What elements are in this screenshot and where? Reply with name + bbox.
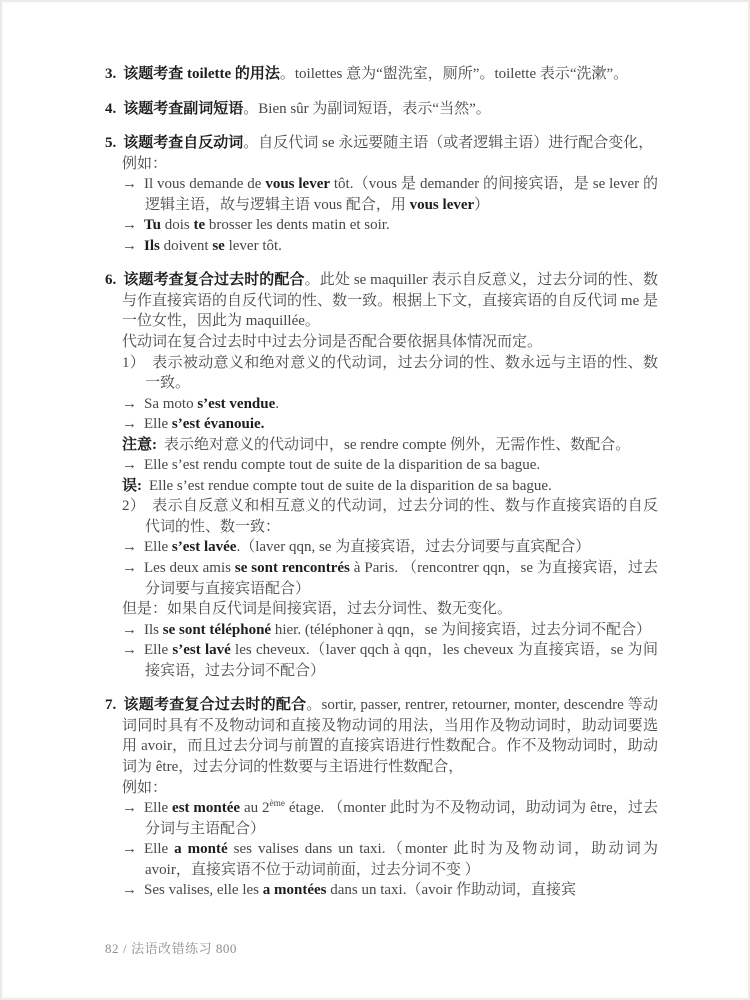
arrow-paragraph: →Elle s’est rendu compte tout de suite d… — [122, 455, 658, 476]
text-run: a montées — [263, 882, 327, 898]
text-run: Ils — [144, 238, 160, 254]
arrow-paragraph: →Elle est montée au 2ème étage. （monter … — [122, 798, 658, 839]
text-run: Ses valises, elle les — [144, 882, 263, 898]
arrow-icon: → — [122, 560, 137, 576]
page-footer: 82/法语改错练习 800 — [105, 940, 241, 958]
text-run: Elle — [144, 642, 172, 658]
arrow-paragraph: →Tu dois te brosser les dents matin et s… — [122, 215, 658, 236]
text-run: au 2 — [240, 800, 269, 816]
arrow-paragraph: →Elle a monté ses valises dans un taxi.（… — [122, 839, 658, 880]
arrow-icon: → — [122, 457, 137, 473]
explanation-item: 7.该题考查复合过去时的配合。sortir, passer, rentrer, … — [105, 695, 658, 900]
items-container: 3.该题考查 toilette 的用法。toilettes 意为“盥洗室，厕所”… — [105, 64, 658, 901]
explanation-item: 6.该题考查复合过去时的配合。此处 se maquiller 表示自反意义，过去… — [105, 270, 658, 681]
text-run: s’est évanouie. — [172, 416, 265, 432]
text-run: se — [212, 238, 225, 254]
paragraph: 代动词在复合过去时中过去分词是否配合要依据具体情况而定。 — [122, 332, 658, 353]
item-number: 3. — [105, 66, 116, 82]
text-run: te — [194, 217, 206, 233]
arrow-icon: → — [122, 642, 137, 658]
paragraph: 1）表示被动意义和绝对意义的代动词，过去分词的性、数永远与主语的性、数一致。 — [122, 353, 658, 394]
text-run: 。toilettes 意为“盥洗室，厕所”。toilette 表示“洗漱”。 — [280, 66, 628, 82]
text-run: 表示绝对意义的代动词中，se rendre compte 例外，无需作性、数配合… — [164, 437, 630, 453]
text-run: 例如： — [122, 780, 167, 796]
item-number: 5. — [105, 135, 116, 151]
list-marker: 1） — [122, 355, 145, 371]
text-run: 该题考查自反动词 — [123, 135, 243, 151]
explanation-item: 5.该题考查自反动词。自反代词 se 永远要随主语（或者逻辑主语）进行配合变化，… — [105, 133, 658, 256]
paragraph: 7.该题考查复合过去时的配合。sortir, passer, rentrer, … — [122, 695, 658, 777]
text-run: est montée — [172, 800, 240, 816]
text-run: lever tôt. — [225, 238, 282, 254]
text-run: 例如： — [122, 156, 167, 172]
text-run: Elle — [144, 539, 172, 555]
arrow-paragraph: →Ses valises, elle les a montées dans un… — [122, 880, 658, 901]
text-run: Il vous demande de — [144, 176, 265, 192]
text-run: Elle — [144, 841, 174, 857]
footer-page-number: 82 — [105, 941, 119, 956]
text-run: Elle — [144, 416, 172, 432]
text-run: a monté — [174, 841, 227, 857]
text-run: 该题考查复合过去时的配合 — [123, 272, 304, 288]
item-number: 6. — [105, 272, 116, 288]
text-run: 但是：如果自反代词是间接宾语，过去分词性、数无变化。 — [122, 601, 512, 617]
note-label: 误: — [122, 478, 142, 494]
text-run: doivent — [160, 238, 213, 254]
arrow-paragraph: →Elle s’est lavée.（laver qqn, se 为直接宾语，过… — [122, 537, 658, 558]
paragraph: 但是：如果自反代词是间接宾语，过去分词性、数无变化。 — [122, 599, 658, 620]
arrow-icon: → — [122, 800, 137, 816]
arrow-icon: → — [122, 539, 137, 555]
item-number: 7. — [105, 697, 116, 713]
arrow-icon: → — [122, 416, 137, 432]
arrow-paragraph: →Elle s’est lavé les cheveux.（laver qqch… — [122, 640, 658, 681]
text-run: brosser les dents matin et soir. — [205, 217, 390, 233]
arrow-paragraph: →Les deux amis se sont rencontrés à Pari… — [122, 558, 658, 599]
text-run: s’est lavée — [172, 539, 237, 555]
explanation-item: 3.该题考查 toilette 的用法。toilettes 意为“盥洗室，厕所”… — [105, 64, 658, 85]
paragraph: 例如： — [122, 778, 658, 799]
text-run: hier. (téléphoner à qqn，se 为间接宾语，过去分词不配合… — [271, 622, 651, 638]
text-run: se sont rencontrés — [235, 560, 350, 576]
arrow-paragraph: →Sa moto s’est vendue. — [122, 394, 658, 415]
text-run: vous lever — [410, 197, 475, 213]
paragraph: 例如： — [122, 154, 658, 175]
book-page: 3.该题考查 toilette 的用法。toilettes 意为“盥洗室，厕所”… — [0, 0, 750, 1000]
arrow-icon: → — [122, 238, 137, 254]
arrow-paragraph: →Il vous demande de vous lever tôt.（vous… — [122, 174, 658, 215]
item-number: 4. — [105, 101, 116, 117]
paragraph: 注意:表示绝对意义的代动词中，se rendre compte 例外，无需作性、… — [122, 435, 658, 456]
footer-book-title: 法语改错练习 800 — [131, 941, 237, 956]
text-run: dois — [161, 217, 194, 233]
arrow-paragraph: →Elle s’est évanouie. — [122, 414, 658, 435]
arrow-paragraph: →Ils doivent se lever tôt. — [122, 236, 658, 257]
arrow-icon: → — [122, 841, 137, 857]
text-run: 。Bien sûr 为副词短语，表示“当然”。 — [243, 101, 490, 117]
text-run: s’est vendue — [197, 396, 275, 412]
arrow-icon: → — [122, 882, 137, 898]
text-run: . — [275, 396, 279, 412]
text-run: 。自反代词 se 永远要随主语（或者逻辑主语）进行配合变化， — [243, 135, 653, 151]
text-run: ème — [270, 799, 285, 809]
text-run: 表示自反意义和相互意义的代动词，过去分词的性、数与作直接宾语的自反代词的性、数一… — [145, 498, 658, 535]
footer-separator: / — [123, 941, 127, 956]
paragraph: 2）表示自反意义和相互意义的代动词，过去分词的性、数与作直接宾语的自反代词的性、… — [122, 496, 658, 537]
text-run: Ils — [144, 622, 163, 638]
text-run: 该题考查复合过去时的配合 — [123, 697, 306, 713]
paragraph: 误:Elle s’est rendue compte tout de suite… — [122, 476, 658, 497]
text-run: vous lever — [265, 176, 330, 192]
arrow-paragraph: →Ils se sont téléphoné hier. (téléphoner… — [122, 620, 658, 641]
text-run: Sa moto — [144, 396, 197, 412]
paragraph: 4.该题考查副词短语。Bien sûr 为副词短语，表示“当然”。 — [122, 99, 658, 120]
text-run: Tu — [144, 217, 161, 233]
list-marker: 2） — [122, 498, 145, 514]
text-run: s’est lavé — [172, 642, 230, 658]
note-label: 注意: — [122, 437, 157, 453]
arrow-icon: → — [122, 622, 137, 638]
text-run: ） — [474, 197, 489, 213]
text-run: Elle s’est rendu compte tout de suite de… — [144, 457, 540, 473]
arrow-icon: → — [122, 396, 137, 412]
text-run: se sont téléphoné — [163, 622, 271, 638]
paragraph: 3.该题考查 toilette 的用法。toilettes 意为“盥洗室，厕所”… — [122, 64, 658, 85]
text-run: 表示被动意义和绝对意义的代动词，过去分词的性、数永远与主语的性、数一致。 — [145, 355, 658, 392]
text-run: dans un taxi.（avoir 作助动词，直接宾 — [326, 882, 576, 898]
text-run: 该题考查副词短语 — [123, 101, 243, 117]
text-run: Elle — [144, 800, 172, 816]
text-run: 该题考查 toilette 的用法 — [123, 66, 280, 82]
text-run: Les deux amis — [144, 560, 235, 576]
text-run: 代动词在复合过去时中过去分词是否配合要依据具体情况而定。 — [122, 334, 542, 350]
explanation-item: 4.该题考查副词短语。Bien sûr 为副词短语，表示“当然”。 — [105, 99, 658, 120]
paragraph: 6.该题考查复合过去时的配合。此处 se maquiller 表示自反意义，过去… — [122, 270, 658, 332]
text-run: .（laver qqn, se 为直接宾语，过去分词要与直宾配合） — [236, 539, 590, 555]
arrow-icon: → — [122, 217, 137, 233]
arrow-icon: → — [122, 176, 137, 192]
text-run: Elle s’est rendue compte tout de suite d… — [149, 478, 552, 494]
paragraph: 5.该题考查自反动词。自反代词 se 永远要随主语（或者逻辑主语）进行配合变化， — [122, 133, 658, 154]
